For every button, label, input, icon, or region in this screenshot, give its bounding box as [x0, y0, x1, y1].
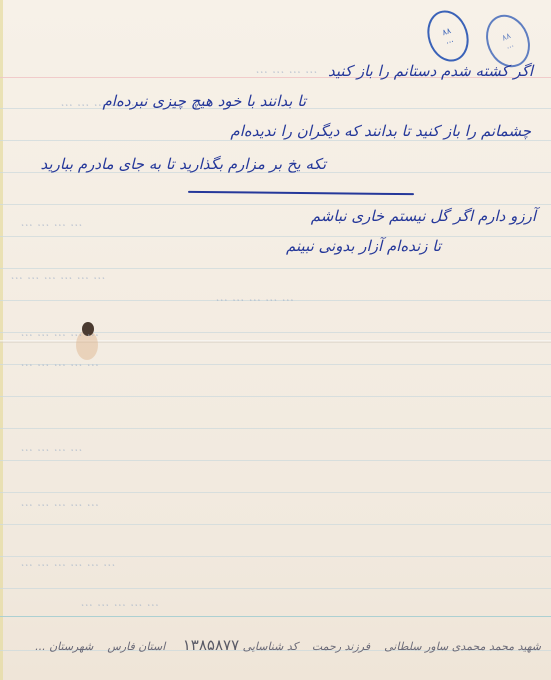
letter-line-6: تا زنده‌ام آزار بدونی نبینم: [286, 237, 441, 255]
ruled-line: [0, 460, 551, 461]
letter-line-1: اگر کشته شدم دستانم را باز کنید: [328, 62, 533, 80]
ruled-line: [0, 396, 551, 397]
father-name: فرزند رحمت: [312, 640, 370, 653]
bleed-through-text: ... ... ... ... ... ...: [20, 555, 115, 570]
bleed-through-text: ... ... ... ...: [255, 62, 317, 77]
signature-line: شهید محمد محمدی ساور سلطانی فرزند رحمت ک…: [35, 636, 541, 654]
bleed-through-text: ... ... ... ... ...: [215, 290, 294, 305]
province: استان فارس: [107, 640, 165, 653]
id-number: ۱۳۸۵۸۷۷: [183, 636, 239, 654]
letter-line-5: آرزو دارم اگر گل نیستم خاری نباشم: [311, 207, 536, 225]
letter-line-3: چشمانم را باز کنید تا بدانند که دیگران ر…: [230, 122, 531, 140]
ruled-line: [0, 204, 551, 205]
bleed-through-text: ... ... ... ...: [20, 215, 82, 230]
bleed-through-text: ... ... ... ... ...: [20, 495, 99, 510]
city: شهرستان ...: [35, 640, 93, 653]
underline-stroke: [188, 191, 414, 195]
ruled-line: [0, 236, 551, 237]
ruled-line: [0, 492, 551, 493]
bleed-through-text: ... ... ... ...: [20, 440, 82, 455]
ruled-line: [0, 524, 551, 525]
letter-line-4: تکه یخ بر مزارم بگذارید تا به جای مادرم …: [41, 155, 326, 173]
letter-line-2: تا بدانند با خود هیچ چیزی نبرده‌ام: [103, 92, 307, 110]
bleed-through-text: ... ... ... ... ...: [20, 325, 99, 340]
martyr-name: شهید محمد محمدی ساور سلطانی: [384, 640, 541, 653]
letter-page: ۸۸ ... ۸۸ ... ... ... ... ... ... ... ..…: [0, 0, 551, 680]
ruled-line: [0, 140, 551, 141]
id-label: کد شناسایی: [243, 640, 298, 653]
ruled-line: [0, 588, 551, 589]
ruled-line: [0, 428, 551, 429]
ruled-line: [0, 616, 551, 617]
bleed-through-text: ... ... ... ... ...: [80, 595, 159, 610]
bleed-through-text: ... ... ... ... ... ...: [10, 268, 105, 283]
archive-stamp: ۸۸ ...: [421, 5, 475, 67]
bleed-through-text: ... ... ... ... ...: [20, 355, 99, 370]
